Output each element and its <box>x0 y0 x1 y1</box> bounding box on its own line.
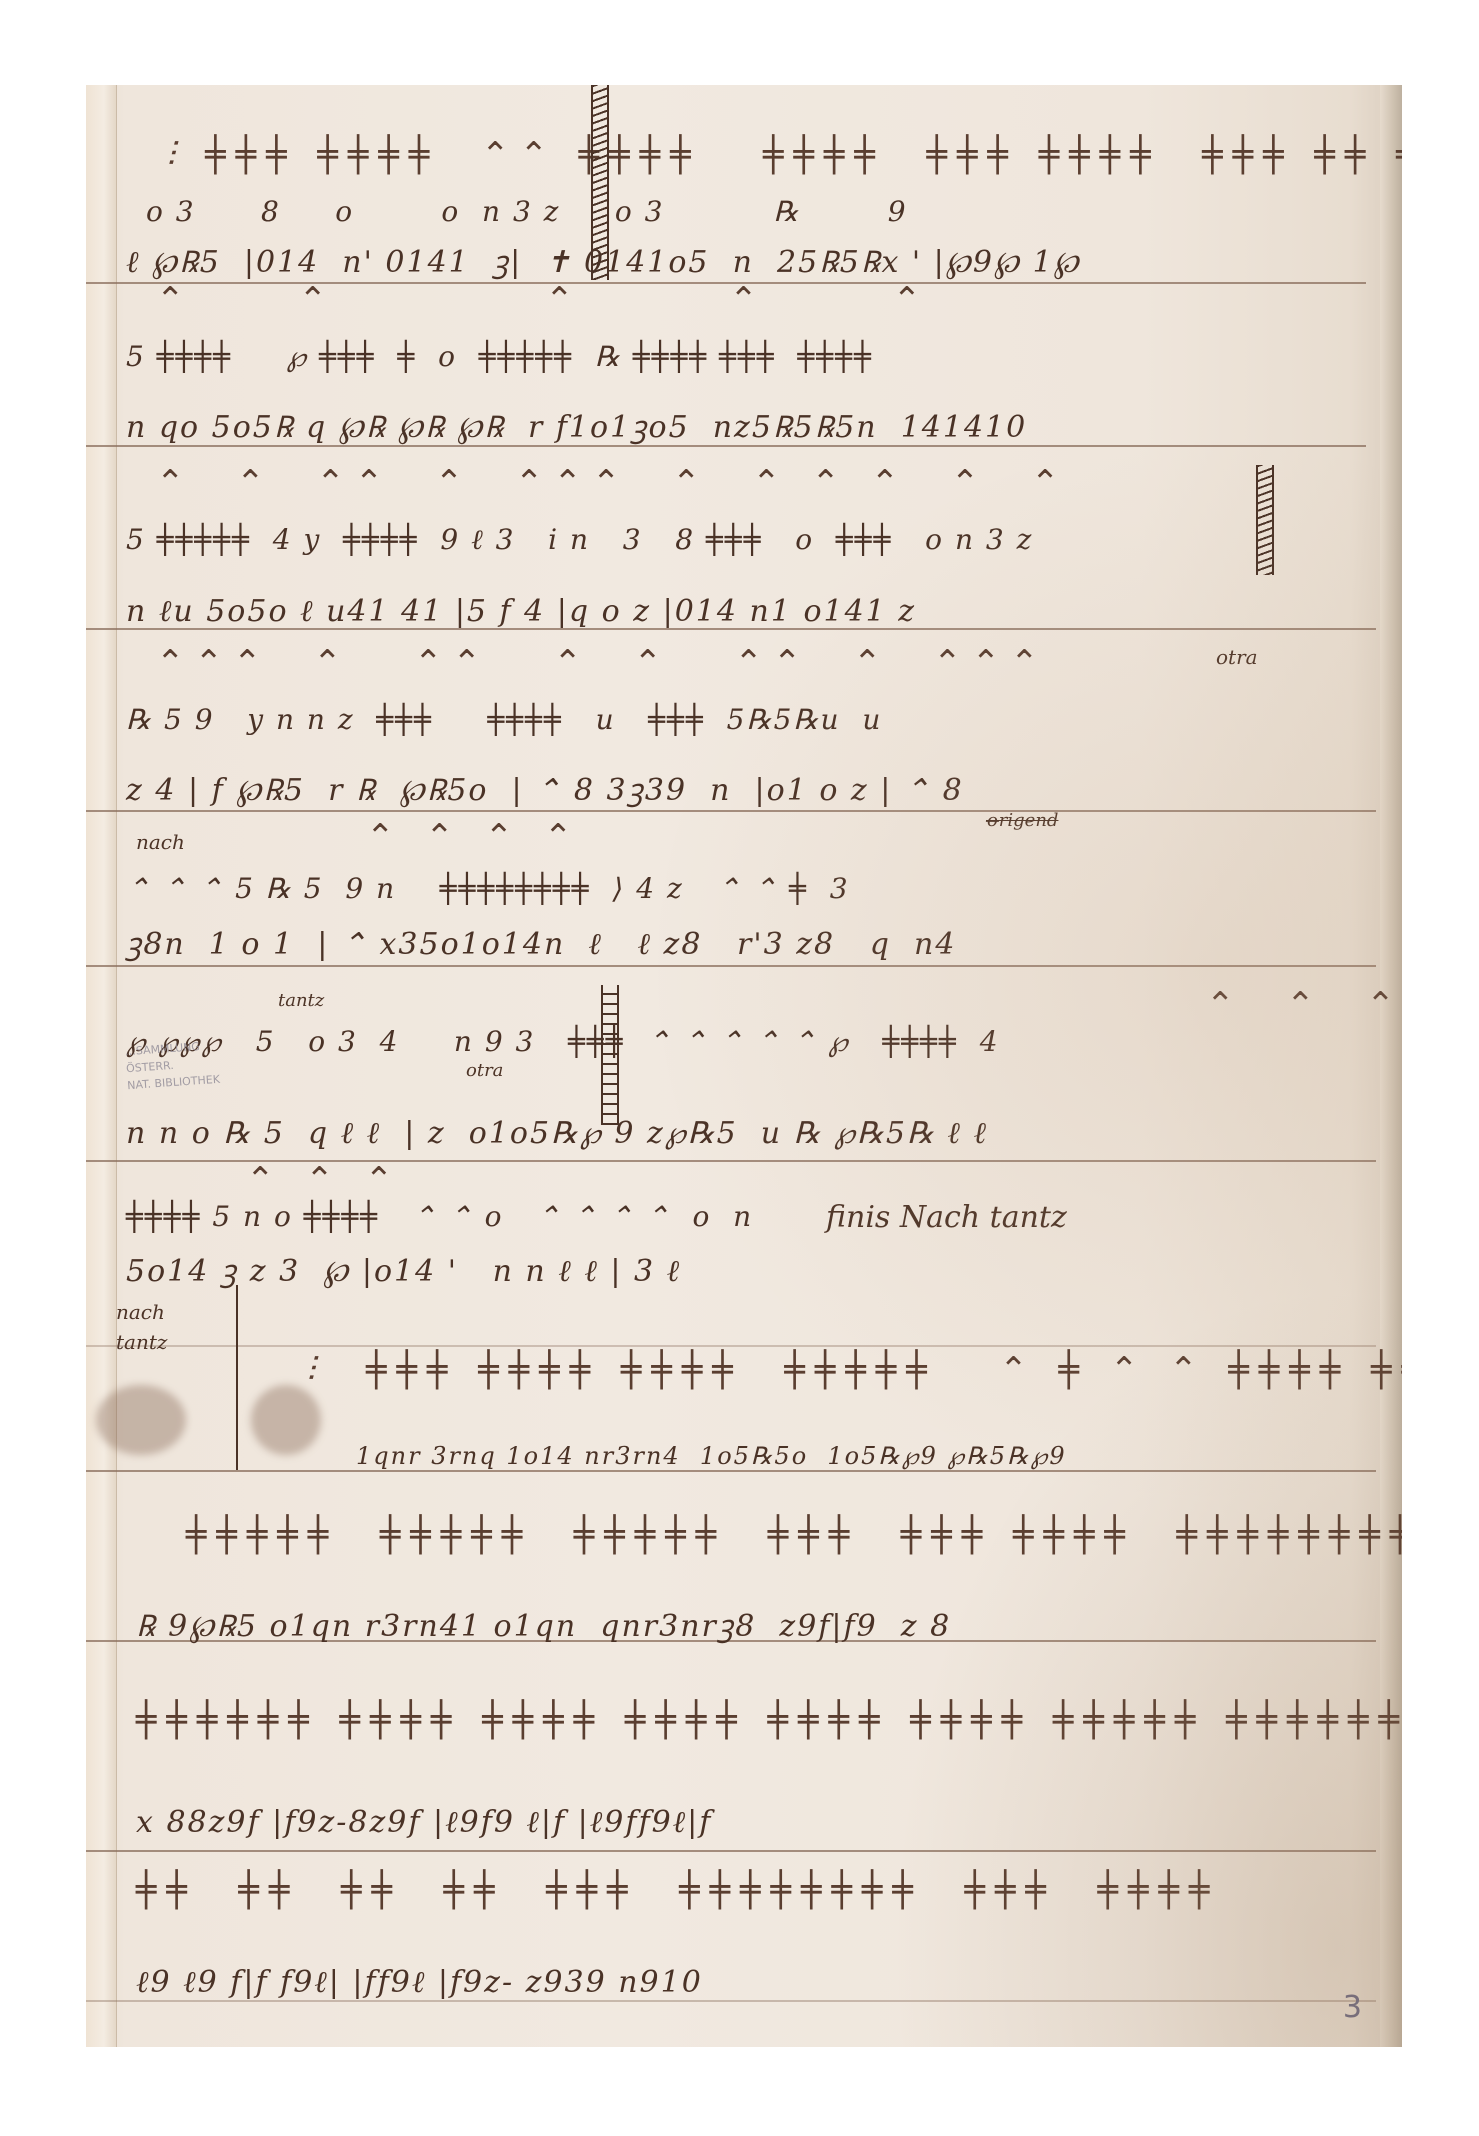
repeat-bar-hatched <box>591 85 609 280</box>
tablature-upper-voices: 5 ╪╪╪╪ ℘ ╪╪╪ ╪ o ╪╪╪╪╪ ℞ ╪╪╪╪ ╪╪╪ ╪╪╪╪ <box>126 340 873 373</box>
tablature-letters: 1qnr 3rnq 1o14 nr3rn4 1o5℞5o 1o5℞℘9 ℘℞5℞… <box>356 1442 1067 1470</box>
tablature-upper-voices: ⌃ ⌃ ⌃ 5 ℞ 5 9 n ╪╪╪╪╪╪╪╪ ⟩ 4 z ⌃ ⌃ ╪ 3 <box>126 872 850 905</box>
tablature-upper-voices: 5 ╪╪╪╪╪ 4 y ╪╪╪╪ 9 ℓ 3 i n 3 8 ╪╪╪ o ╪╪╪… <box>126 523 1033 557</box>
rhythm-flags: ⫶ ╪╪╪ ╪╪╪╪ ╪╪╪╪ ╪╪╪╪╪ ⌃ ╪ ⌃ ⌃ ╪╪╪╪ ╪╪╪ ╪… <box>306 1350 1402 1390</box>
annotation-nach: nach <box>136 830 185 854</box>
tablature-system-1: ⫶ ╪╪╪ ╪╪╪╪ ⌃⌃ ╪╪╪╪ ╪╪╪╪ ╪╪╪ ╪╪╪╪ ╪╪╪ ╪╪ … <box>126 115 1362 285</box>
rhythm-flags: ⌃ ⌃ ⌃ <box>246 1160 403 1200</box>
rhythm-flags: ╪╪ ╪╪ ╪╪ ╪╪ ╪╪╪ ╪╪╪╪╪╪╪╪ ╪╪╪ ╪╪╪╪ <box>136 1870 1220 1910</box>
binding-edge <box>86 85 117 2047</box>
annotation-tantz: tantz <box>278 990 324 1011</box>
tablature-system-4: ⌃⌃⌃ ⌃ ⌃⌃ ⌃ ⌃ ⌃⌃ ⌃ ⌃⌃⌃ ℞ 5 9 y n n z ╪╪╪ … <box>126 643 1362 813</box>
tablature-system-3: ⌃ ⌃ ⌃⌃ ⌃ ⌃⌃⌃ ⌃ ⌃ ⌃ ⌃ ⌃ ⌃ 5 ╪╪╪╪╪ 4 y ╪╪╪… <box>126 463 1362 633</box>
manuscript-page: ⫶ ╪╪╪ ╪╪╪╪ ⌃⌃ ╪╪╪╪ ╪╪╪╪ ╪╪╪ ╪╪╪╪ ╪╪╪ ╪╪ … <box>86 85 1402 2047</box>
library-stamp: …SAMMLUNG ÖSTERR. NAT. BIBLIOTHEK <box>124 1037 220 1094</box>
tablature-system-9: ╪╪╪╪╪ ╪╪╪╪╪ ╪╪╪╪╪ ╪╪╪ ╪╪╪ ╪╪╪╪ ╪╪╪╪╪╪╪╪╪… <box>126 1475 1362 1645</box>
tablature-letters: ℞ 9℘℞5 o1qn r3rn41 o1qn qnr3nrꝫ8 z9f|f9 … <box>136 1604 951 1645</box>
tablature-system-5: ⌃ ⌃ ⌃ ⌃ ⌃ ⌃ ⌃ 5 ℞ 5 9 n ╪╪╪╪╪╪╪╪ ⟩ 4 z ⌃… <box>126 797 1362 967</box>
annotation-struck-word: ꝋrigend <box>986 810 1058 831</box>
tablature-upper-voices: o 3 8 o o n 3 z o 3 ℞ 9 <box>146 195 908 228</box>
tablature-upper-voices: ℞ 5 9 y n n z ╪╪╪ ╪╪╪╪ u ╪╪╪ 5℞5℞u u <box>126 703 882 736</box>
repeat-bar <box>601 985 619 1125</box>
rhythm-flags: ⌃ ⌃ ⌃ ⌃ ⌃ <box>156 280 931 320</box>
tablature-upper-voices: ℘ ℘℘℘ 5 o 3 4 n 9 3 ╪╪╪ ⌃ ⌃ ⌃ ⌃ ⌃ ℘ ╪╪╪╪… <box>126 1025 1000 1058</box>
rhythm-flags: ⌃ ⌃ ⌃ ⌃ <box>366 817 582 857</box>
tablature-system-11: ╪╪ ╪╪ ╪╪ ╪╪ ╪╪╪ ╪╪╪╪╪╪╪╪ ╪╪╪ ╪╪╪╪ ℓ9 ℓ9 … <box>126 1830 1362 2000</box>
rhythm-flags: ⌃ ⌃ ⌃⌃ ⌃ ⌃⌃⌃ ⌃ ⌃ ⌃ ⌃ ⌃ ⌃ <box>156 463 1069 503</box>
annotation-otra: otra <box>1216 645 1258 669</box>
rhythm-flags: ╪╪╪╪╪ ╪╪╪╪╪ ╪╪╪╪╪ ╪╪╪ ╪╪╪ ╪╪╪╪ ╪╪╪╪╪╪╪╪╪ <box>186 1515 1402 1555</box>
annotation-otra: otra <box>466 1060 503 1081</box>
repeat-bar-hatched <box>1256 465 1274 575</box>
tablature-system-8: ⫶ ╪╪╪ ╪╪╪╪ ╪╪╪╪ ╪╪╪╪╪ ⌃ ╪ ⌃ ⌃ ╪╪╪╪ ╪╪╪ ╪… <box>126 1300 1362 1470</box>
rhythm-flags: ⌃⌃⌃ ⌃ ⌃⌃ ⌃ ⌃ ⌃⌃ ⌃ ⌃⌃⌃ <box>156 643 1049 683</box>
tablature-letters: n qo 5o5℞ q ℘℞ ℘℞ ℘℞ r f1o1ꝫo5 nz5℞5℞5n … <box>126 405 1027 446</box>
folio-number: 3 <box>1343 1990 1362 2025</box>
section-heading-finis-nachtanz: finis Nach tantz <box>826 1200 1067 1235</box>
tablature-letters: ℓ9 ℓ9 f|f f9ℓ| |ff9ℓ |f9z- z939 n910 <box>136 1965 703 2000</box>
page-edge <box>1380 85 1402 2047</box>
rhythm-flags: ⌃ ⌃ ⌃ ⌃ <box>1206 985 1402 1025</box>
tablature-letters: n ℓu 5o5o ℓ u41 41 |5 f 4 |q o z |014 n1… <box>126 594 916 629</box>
rhythm-flags: ╪╪╪╪╪╪ ╪╪╪╪ ╪╪╪╪ ╪╪╪╪ ╪╪╪╪ ╪╪╪╪ ╪╪╪╪╪ ╪╪… <box>136 1700 1402 1740</box>
tablature-upper-voices: ╪╪╪╪ 5 n o ╪╪╪╪ ⌃ ⌃ o ⌃ ⌃ ⌃ ⌃ o n <box>126 1200 753 1233</box>
ruled-line <box>86 1470 1376 1472</box>
tablature-system-2: ⌃ ⌃ ⌃ ⌃ ⌃ 5 ╪╪╪╪ ℘ ╪╪╪ ╪ o ╪╪╪╪╪ ℞ ╪╪╪╪ … <box>126 280 1362 450</box>
tablature-letters: 5o14 ꝫ z 3 ℘ |o14 ' n n ℓ ℓ | 3 ℓ <box>126 1249 681 1290</box>
tablature-letters: ꝫ8n 1 o 1 | ⌃ x35o1o14n ℓ ℓ z8 r'3 z8 q … <box>126 922 956 963</box>
rhythm-flags: ⫶ ╪╪╪ ╪╪╪╪ ⌃⌃ ╪╪╪╪ ╪╪╪╪ ╪╪╪ ╪╪╪╪ ╪╪╪ ╪╪ … <box>166 135 1402 175</box>
tablature-system-10: ╪╪╪╪╪╪ ╪╪╪╪ ╪╪╪╪ ╪╪╪╪ ╪╪╪╪ ╪╪╪╪ ╪╪╪╪╪ ╪╪… <box>126 1670 1362 1840</box>
ruled-line <box>86 2000 1376 2002</box>
tablature-letters: n n o ℞ 5 q ℓ ℓ | z o1o5℞℘ 9 z℘℞5 u ℞ ℘℞… <box>126 1116 988 1151</box>
